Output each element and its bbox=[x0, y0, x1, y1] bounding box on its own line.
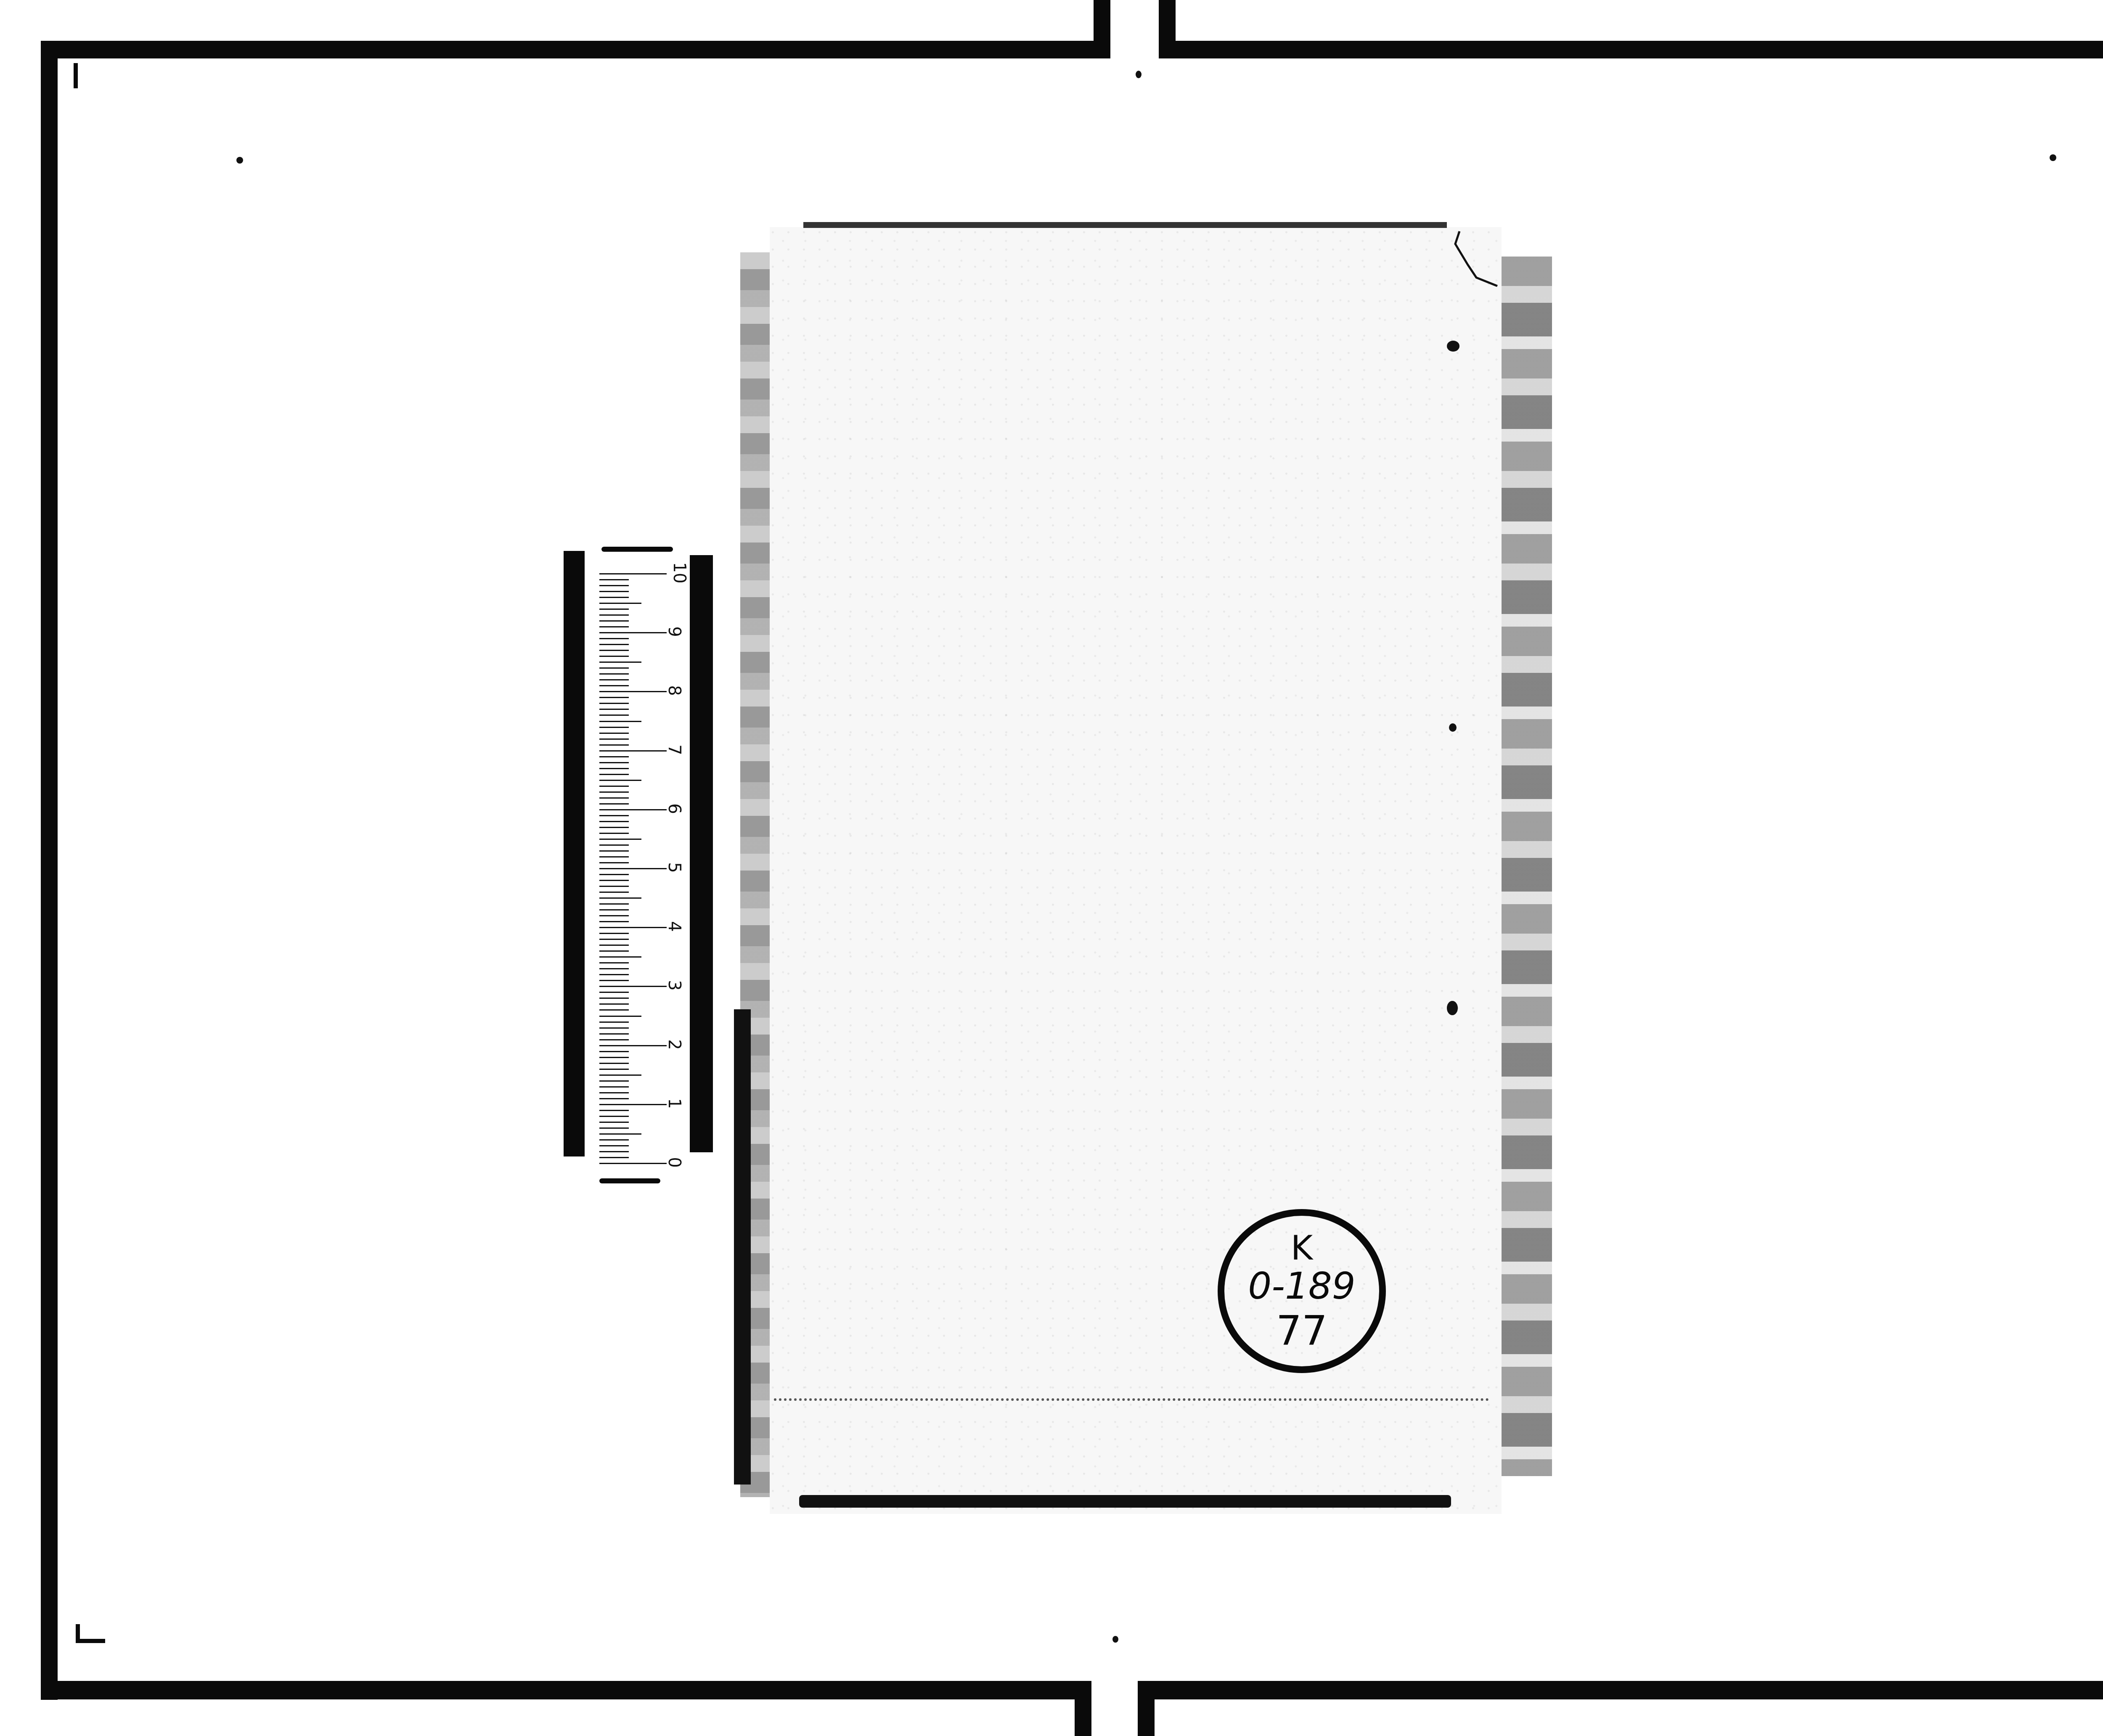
ruler-tick bbox=[599, 1086, 629, 1088]
ruler-tick bbox=[599, 673, 629, 675]
registration-dot bbox=[2050, 154, 2056, 161]
ruler-tick bbox=[599, 733, 629, 734]
ruler-tick bbox=[599, 939, 629, 940]
ruler-tick bbox=[599, 1104, 667, 1105]
ruler-tick bbox=[599, 1027, 629, 1029]
ruler-tick bbox=[599, 880, 629, 881]
ruler-tick bbox=[599, 909, 629, 910]
book-spine-left-shadow bbox=[734, 1009, 751, 1485]
ruler-tick bbox=[599, 921, 629, 922]
ruler-label: 10 bbox=[670, 562, 689, 584]
ruler-tick bbox=[599, 1122, 629, 1123]
ruler-tick bbox=[599, 1057, 629, 1058]
ruler-tick bbox=[599, 827, 629, 828]
ruler-tick bbox=[599, 638, 629, 639]
ruler-tick bbox=[599, 679, 629, 680]
ruler-tick bbox=[599, 992, 629, 993]
ruler-bottom-cap bbox=[599, 1178, 660, 1183]
frame-border-left bbox=[41, 41, 58, 1700]
ruler-tick bbox=[599, 1157, 629, 1158]
scale-ruler: 012345678910 bbox=[587, 553, 690, 1175]
ruler-tick bbox=[599, 644, 629, 645]
ruler-tick bbox=[599, 815, 629, 816]
ruler-tick bbox=[599, 609, 629, 610]
ruler-tick bbox=[599, 915, 629, 916]
ruler-tick bbox=[599, 1074, 641, 1076]
ruler-tick bbox=[599, 585, 629, 586]
ruler-tick bbox=[599, 844, 629, 846]
ruler-tick bbox=[599, 1110, 629, 1111]
cover-mark bbox=[1447, 1001, 1458, 1015]
ruler-tick bbox=[599, 738, 629, 740]
ruler-tick bbox=[599, 626, 629, 627]
ruler-tick bbox=[599, 744, 629, 746]
ruler-label: 0 bbox=[665, 1157, 684, 1167]
ruler-tick bbox=[599, 573, 667, 574]
ruler-tick bbox=[599, 774, 629, 775]
ruler-tick bbox=[599, 1145, 629, 1146]
ruler-tick bbox=[599, 950, 629, 952]
ruler-tick bbox=[599, 1003, 629, 1005]
frame-notch-bottom-right-wall bbox=[1138, 1681, 1155, 1736]
ruler-tick bbox=[599, 1133, 641, 1135]
frame-notch-top-right-wall bbox=[1159, 0, 1176, 58]
ruler-tick bbox=[599, 1080, 629, 1082]
ruler-tick bbox=[599, 620, 629, 622]
ruler-right-bar bbox=[690, 555, 713, 1152]
ruler-tick bbox=[599, 750, 667, 752]
ruler-tick bbox=[599, 1039, 629, 1040]
ruler-tick bbox=[599, 974, 629, 975]
ruler-label: 7 bbox=[665, 744, 684, 755]
torn-corner-icon bbox=[1451, 227, 1510, 311]
ruler-tick bbox=[599, 856, 629, 857]
registration-dot bbox=[236, 157, 243, 164]
ruler-tick bbox=[599, 762, 629, 763]
ruler-tick bbox=[599, 768, 629, 769]
ruler-tick bbox=[599, 650, 629, 651]
registration-dot bbox=[1136, 71, 1142, 78]
ruler-label: 1 bbox=[665, 1098, 684, 1109]
ruler-tick bbox=[599, 1151, 629, 1152]
ruler-tick bbox=[599, 685, 629, 686]
ruler-top-cap bbox=[601, 547, 673, 552]
frame-border-top-left bbox=[41, 41, 1105, 58]
ruler-tick bbox=[599, 1127, 629, 1129]
ruler-tick bbox=[599, 614, 629, 616]
corner-mark-top-left bbox=[74, 63, 78, 88]
ruler-tick bbox=[599, 868, 667, 869]
ruler-tick bbox=[599, 933, 629, 934]
ruler-tick bbox=[599, 1116, 629, 1117]
ruler-label: 3 bbox=[665, 980, 684, 991]
ruler-tick bbox=[599, 886, 629, 887]
ruler-tick bbox=[599, 786, 629, 787]
ruler-tick bbox=[599, 662, 641, 663]
ruler-tick bbox=[599, 656, 629, 657]
ruler-tick bbox=[599, 986, 667, 987]
frame-notch-top-left-wall bbox=[1094, 0, 1110, 58]
ruler-tick bbox=[599, 1139, 629, 1141]
ruler-tick bbox=[599, 603, 641, 604]
ruler-tick bbox=[599, 833, 629, 834]
ruler-tick bbox=[599, 897, 641, 899]
ruler-tick bbox=[599, 1021, 629, 1023]
ruler-tick bbox=[599, 1009, 629, 1011]
ruler-tick bbox=[599, 709, 629, 710]
ruler-left-bar bbox=[564, 551, 585, 1156]
ruler-tick bbox=[599, 862, 629, 863]
ruler-tick bbox=[599, 956, 641, 958]
ruler-tick bbox=[599, 1069, 629, 1070]
stamp-line-3: 77 bbox=[1276, 1310, 1327, 1351]
stamp-line-2: 0-189 bbox=[1248, 1268, 1356, 1305]
ruler-tick bbox=[599, 945, 629, 946]
ruler-tick bbox=[599, 721, 641, 722]
ruler-tick bbox=[599, 874, 629, 875]
ruler-tick bbox=[599, 1092, 629, 1093]
book-bottom-edge bbox=[799, 1495, 1451, 1508]
ruler-tick bbox=[599, 980, 629, 981]
frame-border-bottom-right bbox=[1139, 1681, 2103, 1699]
ruler-label: 8 bbox=[665, 685, 684, 696]
cover-mark bbox=[1449, 723, 1457, 732]
ruler-tick bbox=[599, 803, 629, 804]
ruler-tick bbox=[599, 809, 667, 810]
ruler-tick bbox=[599, 1098, 629, 1099]
ruler-tick bbox=[599, 962, 629, 963]
ruler-tick bbox=[599, 715, 629, 716]
ruler-tick bbox=[599, 903, 629, 905]
ruler-tick bbox=[599, 756, 629, 757]
corner-mark-bottom-left bbox=[76, 1624, 105, 1643]
stamp-line-1: K bbox=[1291, 1231, 1313, 1265]
ruler-tick bbox=[599, 1045, 667, 1046]
ruler-tick bbox=[599, 927, 667, 928]
ruler-label: 6 bbox=[665, 803, 684, 814]
ruler-tick bbox=[599, 839, 641, 840]
book-cover-dotted-line bbox=[774, 1398, 1489, 1401]
ruler-tick bbox=[599, 797, 629, 799]
ruler-label: 4 bbox=[665, 921, 684, 932]
ruler-label: 5 bbox=[665, 862, 684, 873]
ruler-tick bbox=[599, 691, 667, 692]
ruler-tick bbox=[599, 968, 629, 969]
ruler-tick bbox=[599, 1033, 629, 1035]
frame-border-top-right bbox=[1162, 41, 2103, 58]
frame-border-bottom-left bbox=[41, 1681, 1090, 1699]
ruler-tick bbox=[599, 597, 629, 598]
ruler-tick bbox=[599, 998, 629, 999]
ruler-tick bbox=[599, 697, 629, 698]
ruler-label: 9 bbox=[665, 626, 684, 637]
book-cover bbox=[770, 227, 1502, 1514]
ruler-tick bbox=[599, 1051, 629, 1052]
ruler-tick bbox=[599, 703, 629, 704]
ruler-label: 2 bbox=[665, 1039, 684, 1050]
ruler-tick bbox=[599, 850, 629, 852]
book-top-edge bbox=[803, 222, 1447, 228]
ruler-tick bbox=[599, 1163, 667, 1164]
cover-mark bbox=[1447, 341, 1459, 352]
ruler-tick bbox=[599, 1063, 629, 1064]
ruler-tick bbox=[599, 579, 629, 580]
ruler-tick bbox=[599, 1016, 641, 1017]
ruler-tick bbox=[599, 591, 629, 592]
book-fore-edge-right bbox=[1497, 257, 1552, 1476]
frame-notch-bottom-left-wall bbox=[1075, 1681, 1091, 1736]
ruler-tick bbox=[599, 821, 629, 822]
ruler-tick bbox=[599, 727, 629, 728]
ruler-tick bbox=[599, 791, 629, 793]
ruler-tick bbox=[599, 632, 667, 633]
ruler-tick bbox=[599, 667, 629, 669]
registration-dot bbox=[1112, 1636, 1118, 1643]
ruler-tick bbox=[599, 892, 629, 893]
library-stamp: K 0-189 77 bbox=[1218, 1209, 1386, 1373]
ruler-tick bbox=[599, 780, 641, 781]
